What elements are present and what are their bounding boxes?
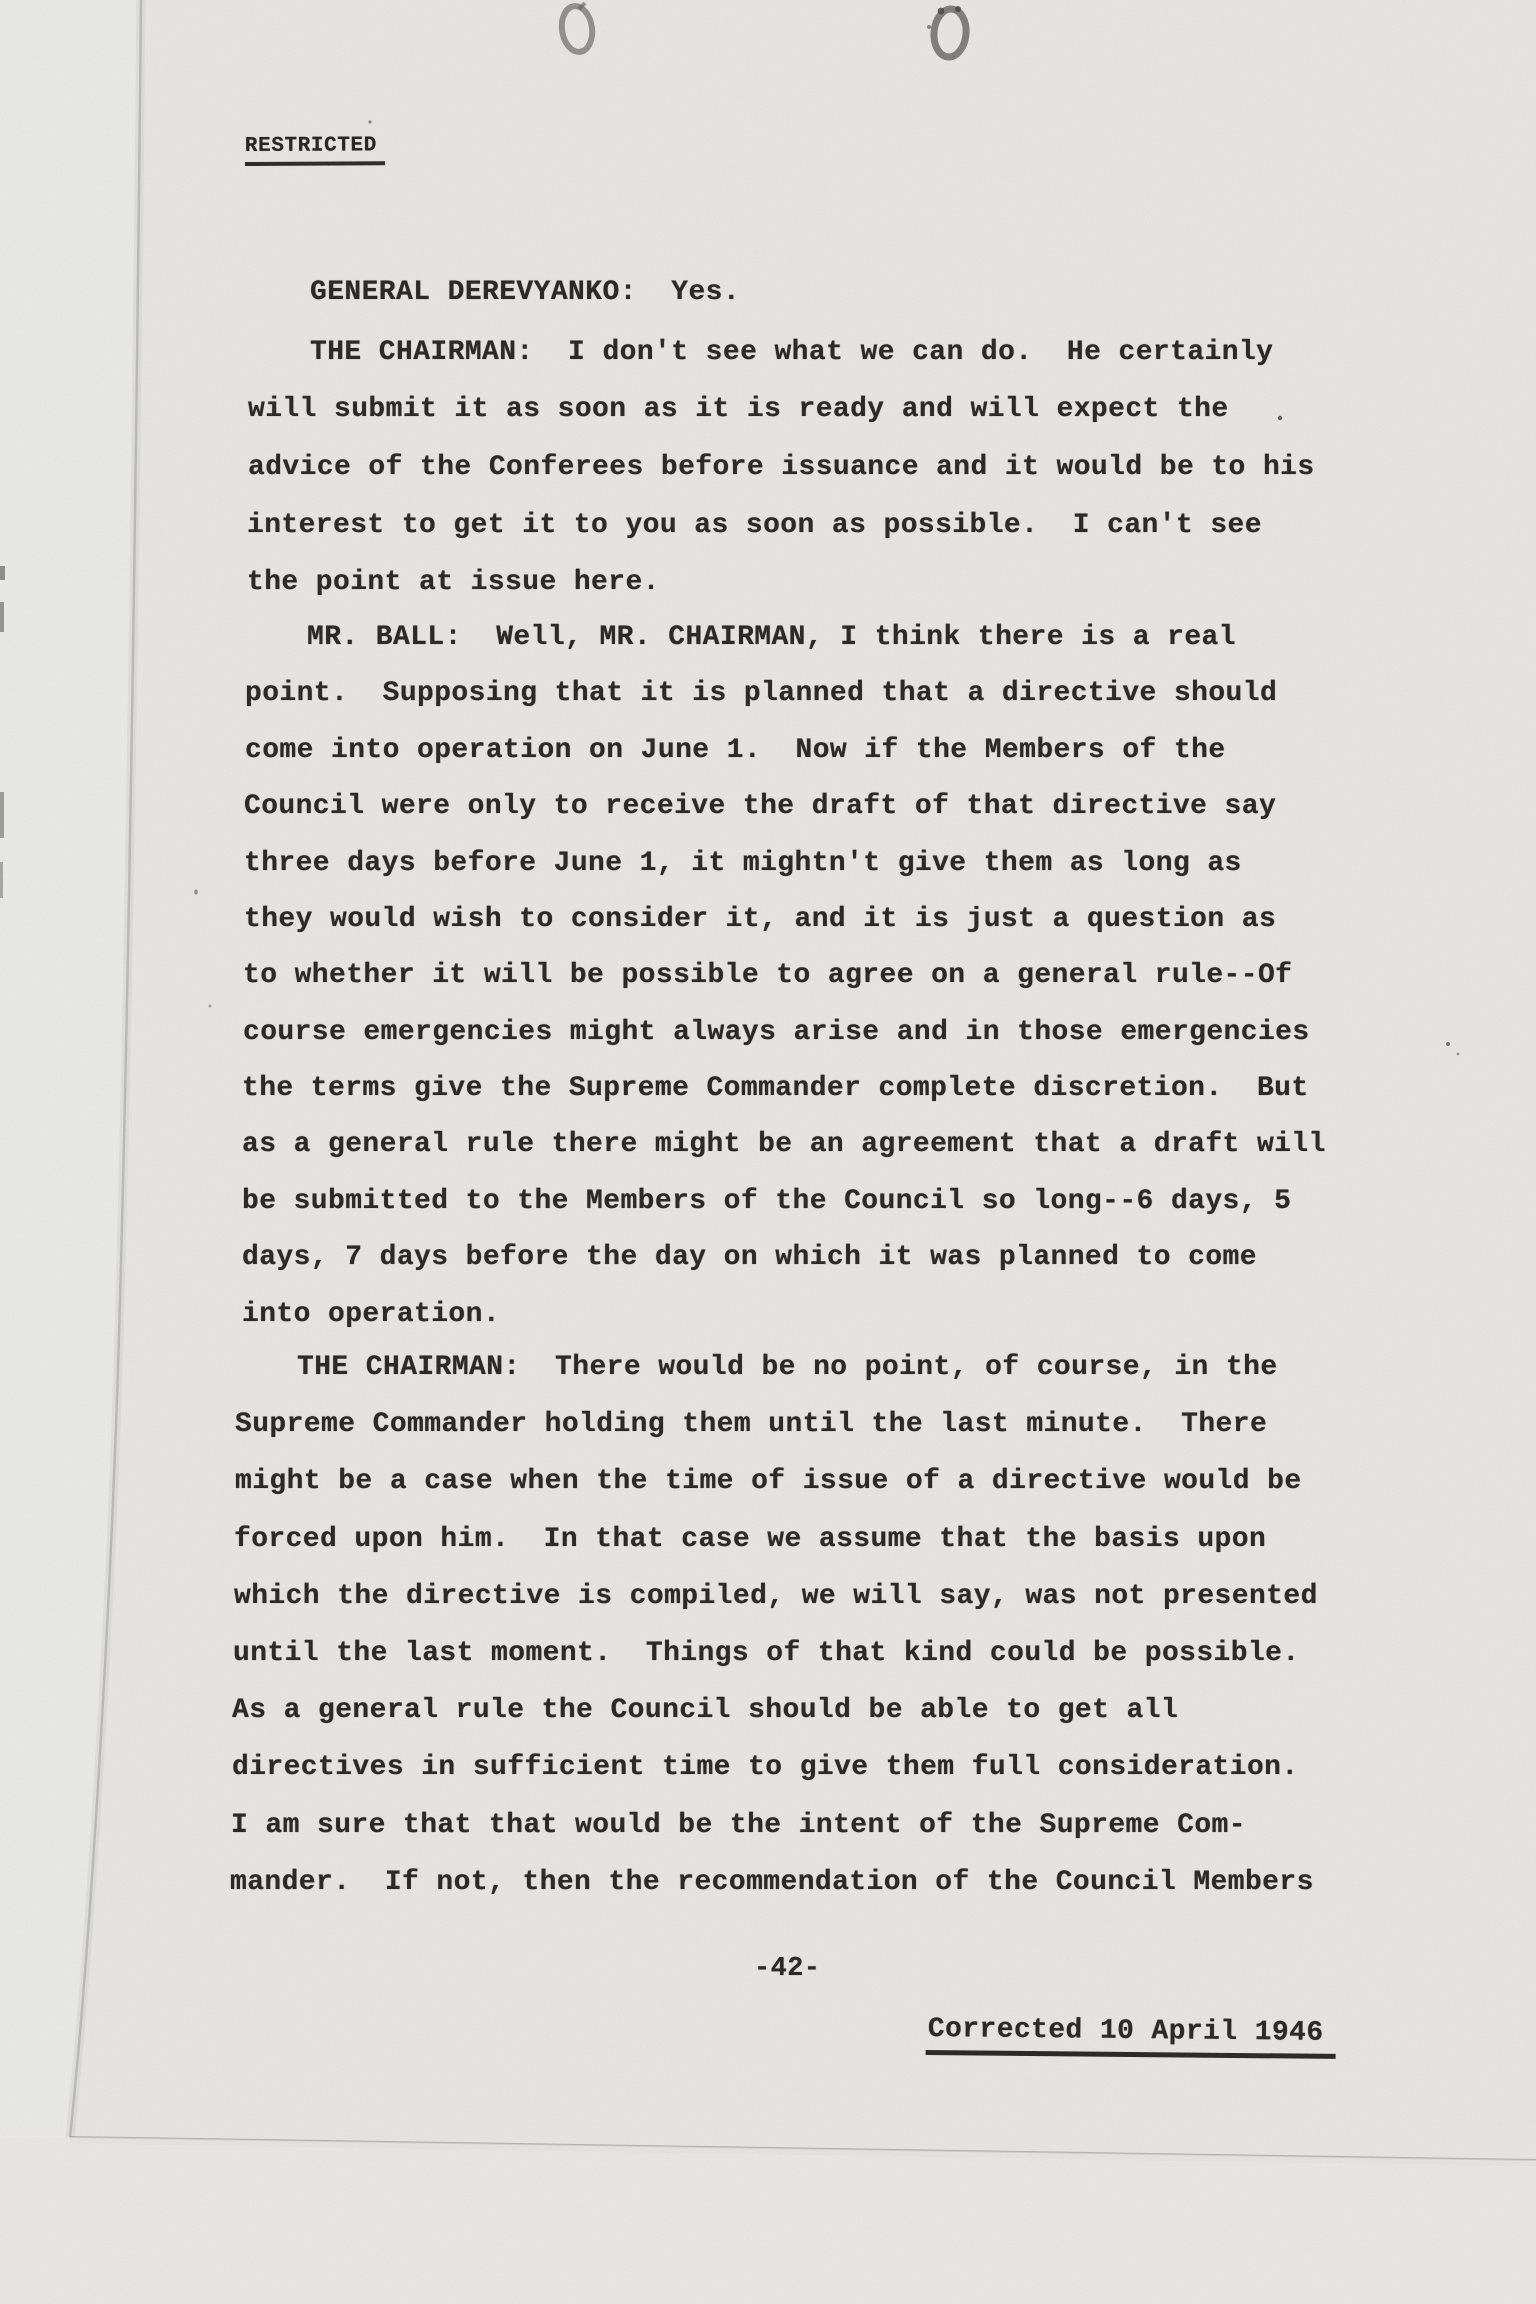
transcript-line: forced upon him. In that case we assume … xyxy=(234,1526,1266,1554)
transcript-line: will submit it as soon as it is ready an… xyxy=(248,396,1229,424)
transcript-line: Council were only to receive the draft o… xyxy=(244,793,1276,821)
classification-stamp: RESTRICTED xyxy=(245,134,385,166)
sheet-bottom-edge xyxy=(70,2137,1536,2160)
transcript-line: they would wish to consider it, and it i… xyxy=(244,906,1276,934)
transcript-line: which the directive is compiled, we will… xyxy=(234,1583,1318,1611)
transcript-line: directives in sufficient time to give th… xyxy=(232,1754,1299,1782)
transcript-line: three days before June 1, it mightn't gi… xyxy=(244,850,1242,878)
transcript-line: THE CHAIRMAN: There would be no point, o… xyxy=(297,1354,1278,1382)
transcript-line: GENERAL DEREVYANKO: Yes. xyxy=(310,279,740,307)
transcript-line: As a general rule the Council should be … xyxy=(232,1697,1178,1725)
transcript-line: course emergencies might always arise an… xyxy=(243,1019,1310,1047)
transcript-line: THE CHAIRMAN: I don't see what we can do… xyxy=(310,339,1273,367)
transcript-line: might be a case when the time of issue o… xyxy=(235,1468,1302,1496)
page-number: -42- xyxy=(754,1956,820,1983)
transcript-line: mander. If not, then the recommendation … xyxy=(230,1869,1314,1897)
transcript-line: days, 7 days before the day on which it … xyxy=(242,1244,1257,1272)
transcript-line: I am sure that that would be the intent … xyxy=(231,1812,1246,1840)
transcript-line: advice of the Conferees before issuance … xyxy=(248,454,1315,482)
binder-ring-icon xyxy=(559,3,595,54)
correction-note: Corrected 10 April 1946 xyxy=(926,2016,1336,2059)
scanned-document-page: RESTRICTED GENERAL DEREVYANKO: Yes. THE … xyxy=(0,0,1536,2304)
transcript-line: as a general rule there might be an agre… xyxy=(242,1131,1326,1159)
backing-sheet xyxy=(0,2137,1536,2304)
transcript-line: into operation. xyxy=(242,1301,500,1329)
transcript-line: MR. BALL: Well, MR. CHAIRMAN, I think th… xyxy=(307,624,1236,652)
crease-line xyxy=(70,0,141,2137)
transcript-line: point. Supposing that it is planned that… xyxy=(245,680,1277,708)
scanner-edge-marks xyxy=(0,566,5,898)
page-left-margin-shade xyxy=(0,0,141,2137)
crease-blur xyxy=(70,0,141,2137)
transcript-line: be submitted to the Members of the Counc… xyxy=(242,1188,1291,1216)
transcript-line: come into operation on June 1. Now if th… xyxy=(245,737,1226,765)
transcript-line: Supreme Commander holding them until the… xyxy=(235,1411,1267,1439)
transcript-line: to whether it will be possible to agree … xyxy=(243,962,1292,990)
transcript-line: interest to get it to you as soon as pos… xyxy=(247,512,1262,540)
sheet-bottom-edge-blur xyxy=(70,2141,1536,2164)
binder-ring-icon xyxy=(927,6,968,58)
transcript-line: the point at issue here. xyxy=(247,569,660,597)
transcript-line: until the last moment. Things of that ki… xyxy=(233,1640,1300,1668)
transcript-line: the terms give the Supreme Commander com… xyxy=(242,1075,1309,1103)
